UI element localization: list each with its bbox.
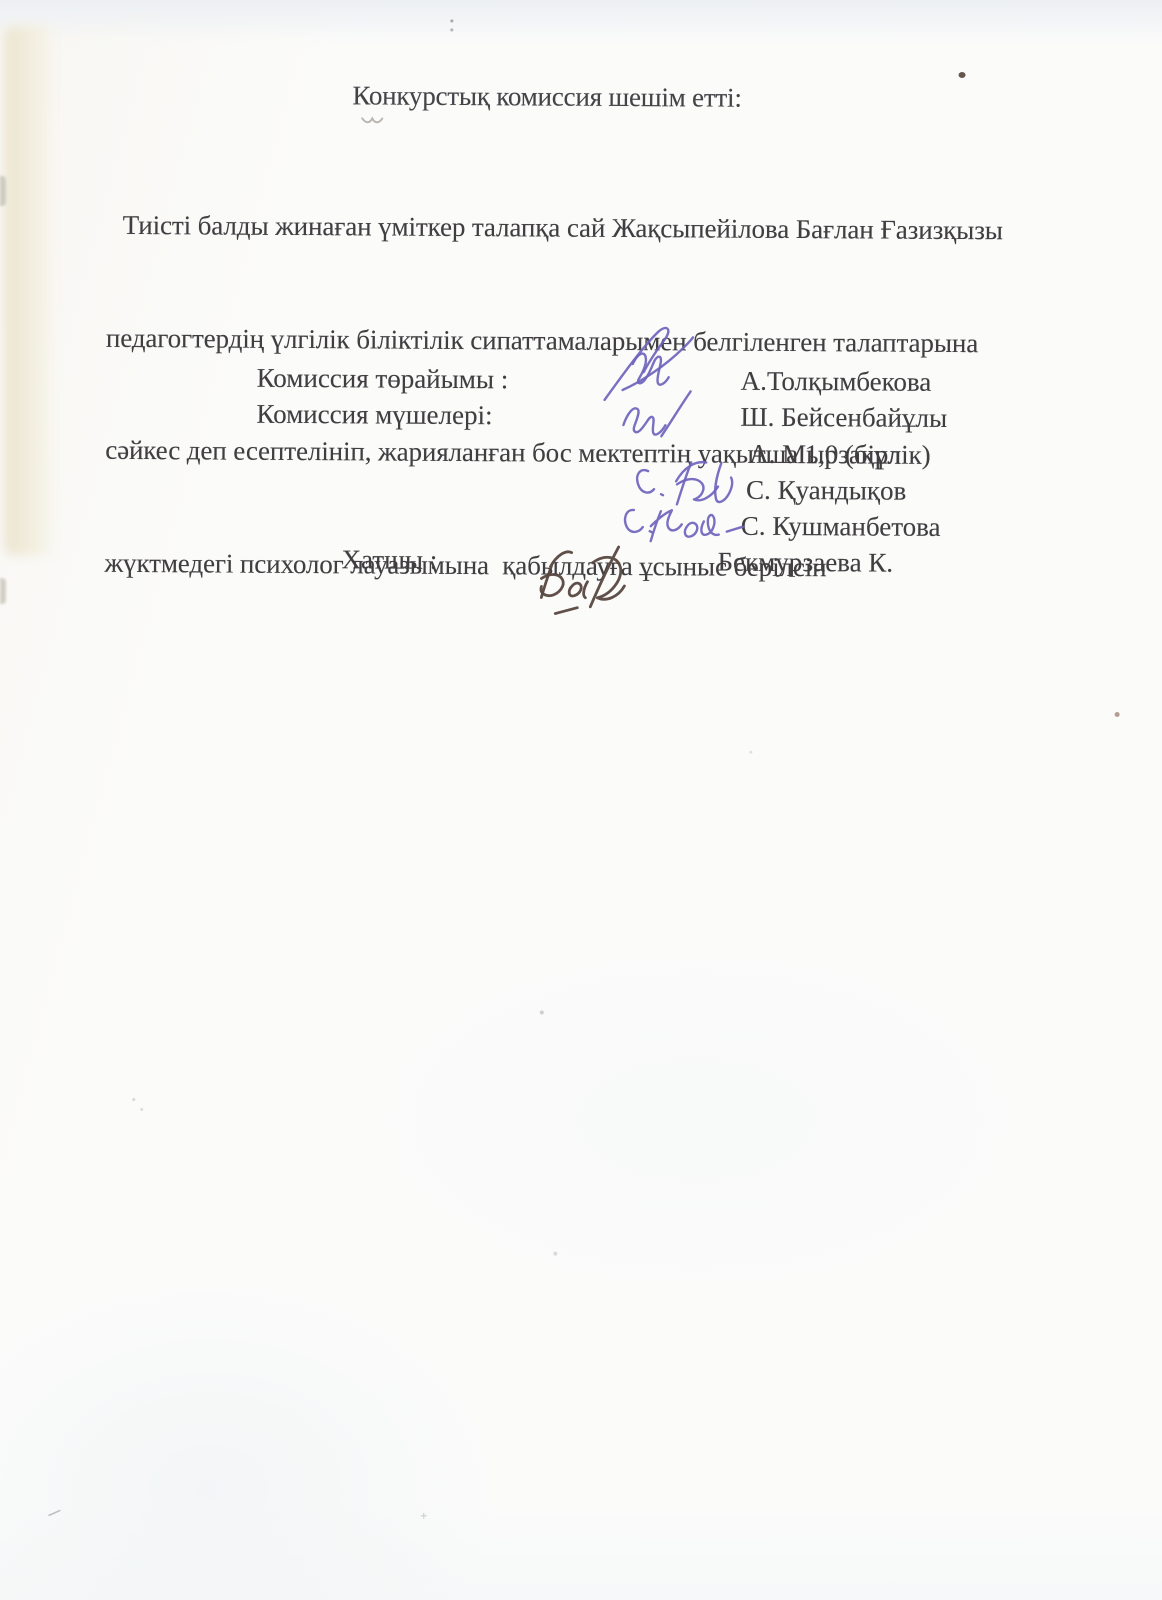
scan-speck (1115, 712, 1120, 717)
member-name-4: С. Кушманбетова (741, 511, 941, 543)
scan-speck (140, 1108, 143, 1111)
ink-dot (959, 72, 966, 78)
member-name-3: С. Қуандықов (746, 475, 907, 507)
scan-speck (420, 1512, 428, 1520)
member-name-1: Ш. Бейсенбайұлы (740, 402, 947, 434)
signature-block: Комиссия төрайымы : А.Толқымбекова Комис… (0, 0, 1162, 1600)
scan-speck (132, 1098, 135, 1101)
document-content: Конкурстық комиссия шешім етті: Тиісті б… (0, 0, 1162, 1600)
scan-speck (47, 1507, 63, 1517)
secretary-signature (526, 540, 644, 619)
secretary-label: Хатшы : (341, 544, 437, 576)
secretary-name: Бекмурзаева К. (717, 547, 893, 579)
member-name-2: А. Мырзақұл (749, 439, 901, 471)
member-signature-1 (615, 387, 695, 441)
scanned-document-page: Конкурстық комиссия шешім етті: Тиісті б… (0, 0, 1162, 1600)
scan-speck (749, 751, 752, 754)
stray-squiggle-mark (360, 113, 384, 125)
scan-speck (553, 1252, 557, 1256)
members-label: Комиссия мүшелері: (256, 399, 492, 431)
chair-label: Комиссия төрайымы : (257, 363, 509, 396)
scan-speck (540, 1010, 544, 1014)
secretary-signature-dash (552, 605, 580, 617)
chair-name: А.Толқымбекова (741, 366, 932, 398)
